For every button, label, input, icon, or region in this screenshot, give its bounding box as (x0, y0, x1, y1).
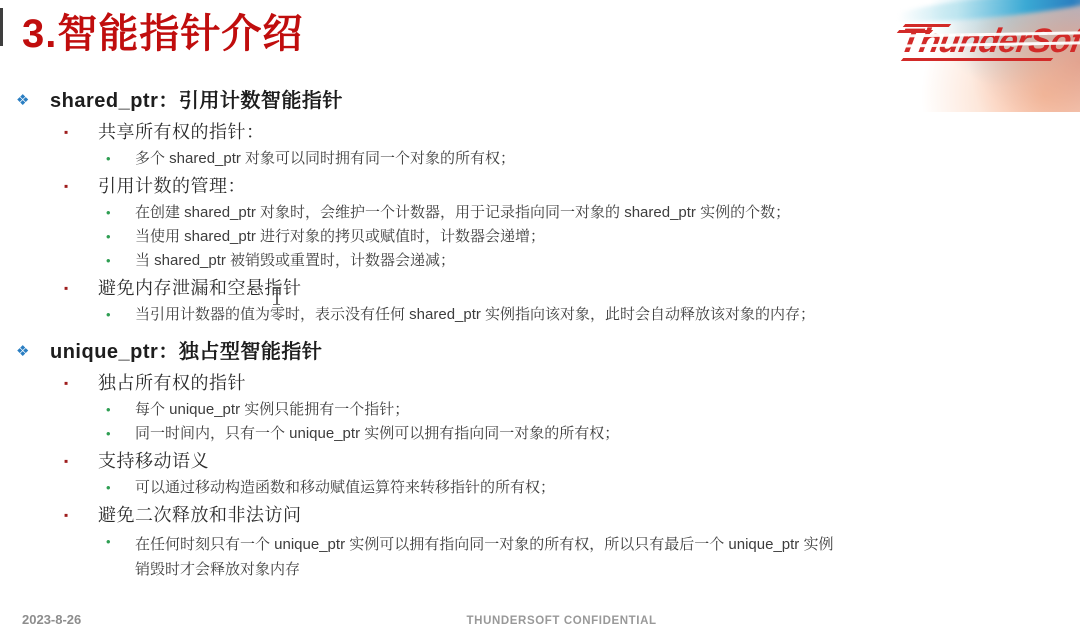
list-subitem: • 同一时间内，只有一个 unique_ptr 实例可以拥有指向同一对象的所有权… (0, 424, 1080, 444)
square-bullet-icon: ▪ (64, 174, 98, 198)
list-subitem: • 在创建 shared_ptr 对象时，会维护一个计数器，用于记录指向同一对象… (0, 203, 1080, 223)
list-item: ▪ 避免内存泄漏和空悬指针 (0, 276, 1080, 300)
section-shared-ptr-heading: ❖ shared_ptr：引用计数智能指针 (0, 88, 1080, 114)
list-subitem: • 在任何时刻只有一个 unique_ptr 实例可以拥有指向同一对象的所有权，… (0, 532, 1080, 582)
list-item-label: 避免内存泄漏和空悬指针 (98, 276, 302, 300)
slide-content: ❖ shared_ptr：引用计数智能指针 ▪ 共享所有权的指针： • 多个 s… (0, 88, 1080, 586)
dot-bullet-icon: • (106, 400, 135, 420)
list-subitem-text: 同一时间内，只有一个 unique_ptr 实例可以拥有指向同一对象的所有权； (135, 424, 619, 444)
diamond-bullet-icon: ❖ (16, 339, 50, 365)
logo-underline-dash (901, 58, 1054, 61)
list-subitem-text: 在任何时刻只有一个 unique_ptr 实例可以拥有指向同一对象的所有权，所以… (135, 532, 840, 582)
dot-bullet-icon: • (106, 424, 135, 444)
list-subitem-text: 当引用计数器的值为零时，表示没有任何 shared_ptr 实例指向该对象，此时… (135, 305, 815, 325)
diamond-bullet-icon: ❖ (16, 88, 50, 114)
list-subitem-text: 多个 shared_ptr 对象可以同时拥有同一个对象的所有权； (135, 149, 515, 169)
list-item: ▪ 支持移动语义 (0, 449, 1080, 473)
dot-bullet-icon: • (106, 305, 135, 325)
ibeam-cursor (272, 287, 281, 305)
list-item-label: 支持移动语义 (98, 449, 209, 473)
square-bullet-icon: ▪ (64, 503, 98, 527)
list-subitem: • 多个 shared_ptr 对象可以同时拥有同一个对象的所有权； (0, 149, 1080, 169)
heading-text: unique_ptr：独占型智能指针 (50, 339, 322, 365)
dot-bullet-icon: • (106, 149, 135, 169)
square-bullet-icon: ▪ (64, 120, 98, 144)
ibeam-cursor-part (276, 288, 278, 304)
list-subitem-text: 当 shared_ptr 被销毁或重置时，计数器会递减； (135, 251, 455, 271)
footer-date: 2023-8-26 (22, 612, 81, 627)
presentation-slide: ThunderSoft 3.智能指针介绍 ❖ shared_ptr：引用计数智能… (0, 0, 1080, 634)
list-subitem: • 每个 unique_ptr 实例只能拥有一个指针； (0, 400, 1080, 420)
list-item: ▪ 独占所有权的指针 (0, 371, 1080, 395)
list-subitem-text: 每个 unique_ptr 实例只能拥有一个指针； (135, 400, 409, 420)
list-item: ▪ 共享所有权的指针： (0, 120, 1080, 144)
dot-bullet-icon: • (106, 251, 135, 271)
list-subitem-text: 可以通过移动构造函数和移动赋值运算符来转移指针的所有权； (135, 478, 555, 498)
dot-bullet-icon: • (106, 478, 135, 498)
list-subitem: • 可以通过移动构造函数和移动赋值运算符来转移指针的所有权； (0, 478, 1080, 498)
list-item-label: 独占所有权的指针 (98, 371, 246, 395)
list-item-label: 避免二次释放和非法访问 (98, 503, 302, 527)
footer-confidential-label: THUNDERSOFT CONFIDENTIAL (467, 615, 657, 627)
list-item-label: 共享所有权的指针： (98, 120, 265, 144)
square-bullet-icon: ▪ (64, 449, 98, 473)
heading-text: shared_ptr：引用计数智能指针 (50, 88, 343, 114)
list-subitem-text: 在创建 shared_ptr 对象时，会维护一个计数器，用于记录指向同一对象的 … (135, 203, 790, 223)
dot-bullet-icon: • (106, 532, 135, 552)
square-bullet-icon: ▪ (64, 371, 98, 395)
list-subitem: • 当引用计数器的值为零时，表示没有任何 shared_ptr 实例指向该对象，… (0, 305, 1080, 325)
dot-bullet-icon: • (106, 227, 135, 247)
list-item-label: 引用计数的管理： (98, 174, 246, 198)
list-subitem-text: 当使用 shared_ptr 进行对象的拷贝或赋值时，计数器会递增； (135, 227, 545, 247)
dot-bullet-icon: • (106, 203, 135, 223)
list-item: ▪ 避免二次释放和非法访问 (0, 503, 1080, 527)
list-subitem: • 当 shared_ptr 被销毁或重置时，计数器会递减； (0, 251, 1080, 271)
list-item: ▪ 引用计数的管理： (0, 174, 1080, 198)
video-edge-artifact (0, 8, 3, 46)
square-bullet-icon: ▪ (64, 276, 98, 300)
ibeam-cursor-part (273, 304, 280, 306)
slide-title: 3.智能指针介绍 (22, 2, 303, 59)
list-subitem: • 当使用 shared_ptr 进行对象的拷贝或赋值时，计数器会递增； (0, 227, 1080, 247)
section-unique-ptr-heading: ❖ unique_ptr：独占型智能指针 (0, 339, 1080, 365)
